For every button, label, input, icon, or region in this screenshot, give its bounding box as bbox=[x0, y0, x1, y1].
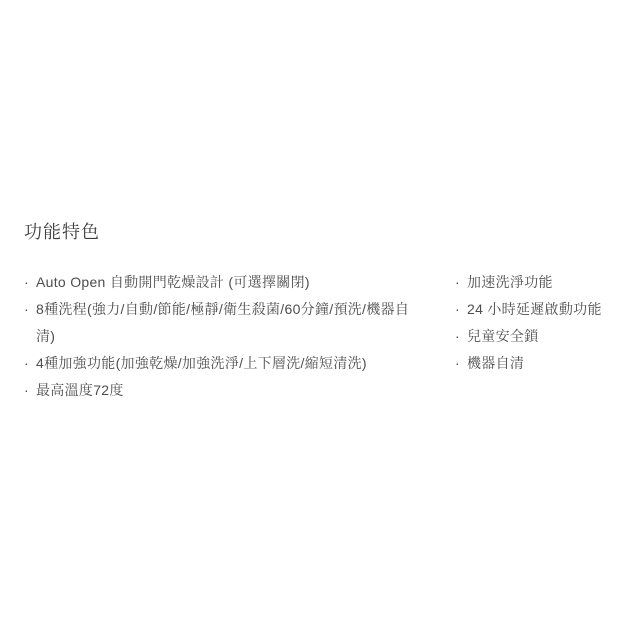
feature-item: · 最高溫度72度 bbox=[24, 377, 416, 404]
feature-text: 4種加強功能(加強乾燥/加強洗淨/上下層洗/縮短清洗) bbox=[36, 355, 367, 371]
section-title: 功能特色 bbox=[24, 219, 616, 245]
feature-item: · 8種洗程(強力/自動/節能/極靜/衛生殺菌/60分鐘/預洗/機器自清) bbox=[24, 296, 416, 350]
bullet-icon: · bbox=[24, 377, 36, 404]
bullet-icon: · bbox=[24, 269, 36, 296]
bullet-icon: · bbox=[455, 350, 467, 377]
bullet-icon: · bbox=[24, 350, 36, 377]
feature-text: Auto Open 自動開門乾燥設計 (可選擇關閉) bbox=[36, 274, 310, 290]
feature-item: · 加速洗淨功能 bbox=[455, 269, 616, 296]
bullet-icon: · bbox=[455, 296, 467, 323]
feature-text: 最高溫度72度 bbox=[36, 382, 124, 398]
feature-text: 8種洗程(強力/自動/節能/極靜/衛生殺菌/60分鐘/預洗/機器自清) bbox=[36, 301, 409, 344]
feature-text: 兒童安全鎖 bbox=[467, 328, 539, 344]
feature-text: 加速洗淨功能 bbox=[467, 274, 553, 290]
feature-item: · 兒童安全鎖 bbox=[455, 323, 616, 350]
feature-item: · 4種加強功能(加強乾燥/加強洗淨/上下層洗/縮短清洗) bbox=[24, 350, 416, 377]
feature-item: · 機器自清 bbox=[455, 350, 616, 377]
feature-list-right: · 加速洗淨功能 · 24 小時延遲啟動功能 · 兒童安全鎖 · 機器自清 bbox=[455, 269, 616, 377]
feature-columns: · Auto Open 自動開門乾燥設計 (可選擇關閉) · 8種洗程(強力/自… bbox=[24, 269, 616, 404]
features-section: 功能特色 · Auto Open 自動開門乾燥設計 (可選擇關閉) · 8種洗程… bbox=[0, 219, 640, 404]
feature-text: 24 小時延遲啟動功能 bbox=[467, 301, 602, 317]
bullet-icon: · bbox=[455, 323, 467, 350]
bullet-icon: · bbox=[24, 296, 36, 323]
feature-item: · 24 小時延遲啟動功能 bbox=[455, 296, 616, 323]
feature-item: · Auto Open 自動開門乾燥設計 (可選擇關閉) bbox=[24, 269, 416, 296]
feature-text: 機器自清 bbox=[467, 355, 524, 371]
bullet-icon: · bbox=[455, 269, 467, 296]
feature-list-left: · Auto Open 自動開門乾燥設計 (可選擇關閉) · 8種洗程(強力/自… bbox=[24, 269, 416, 404]
